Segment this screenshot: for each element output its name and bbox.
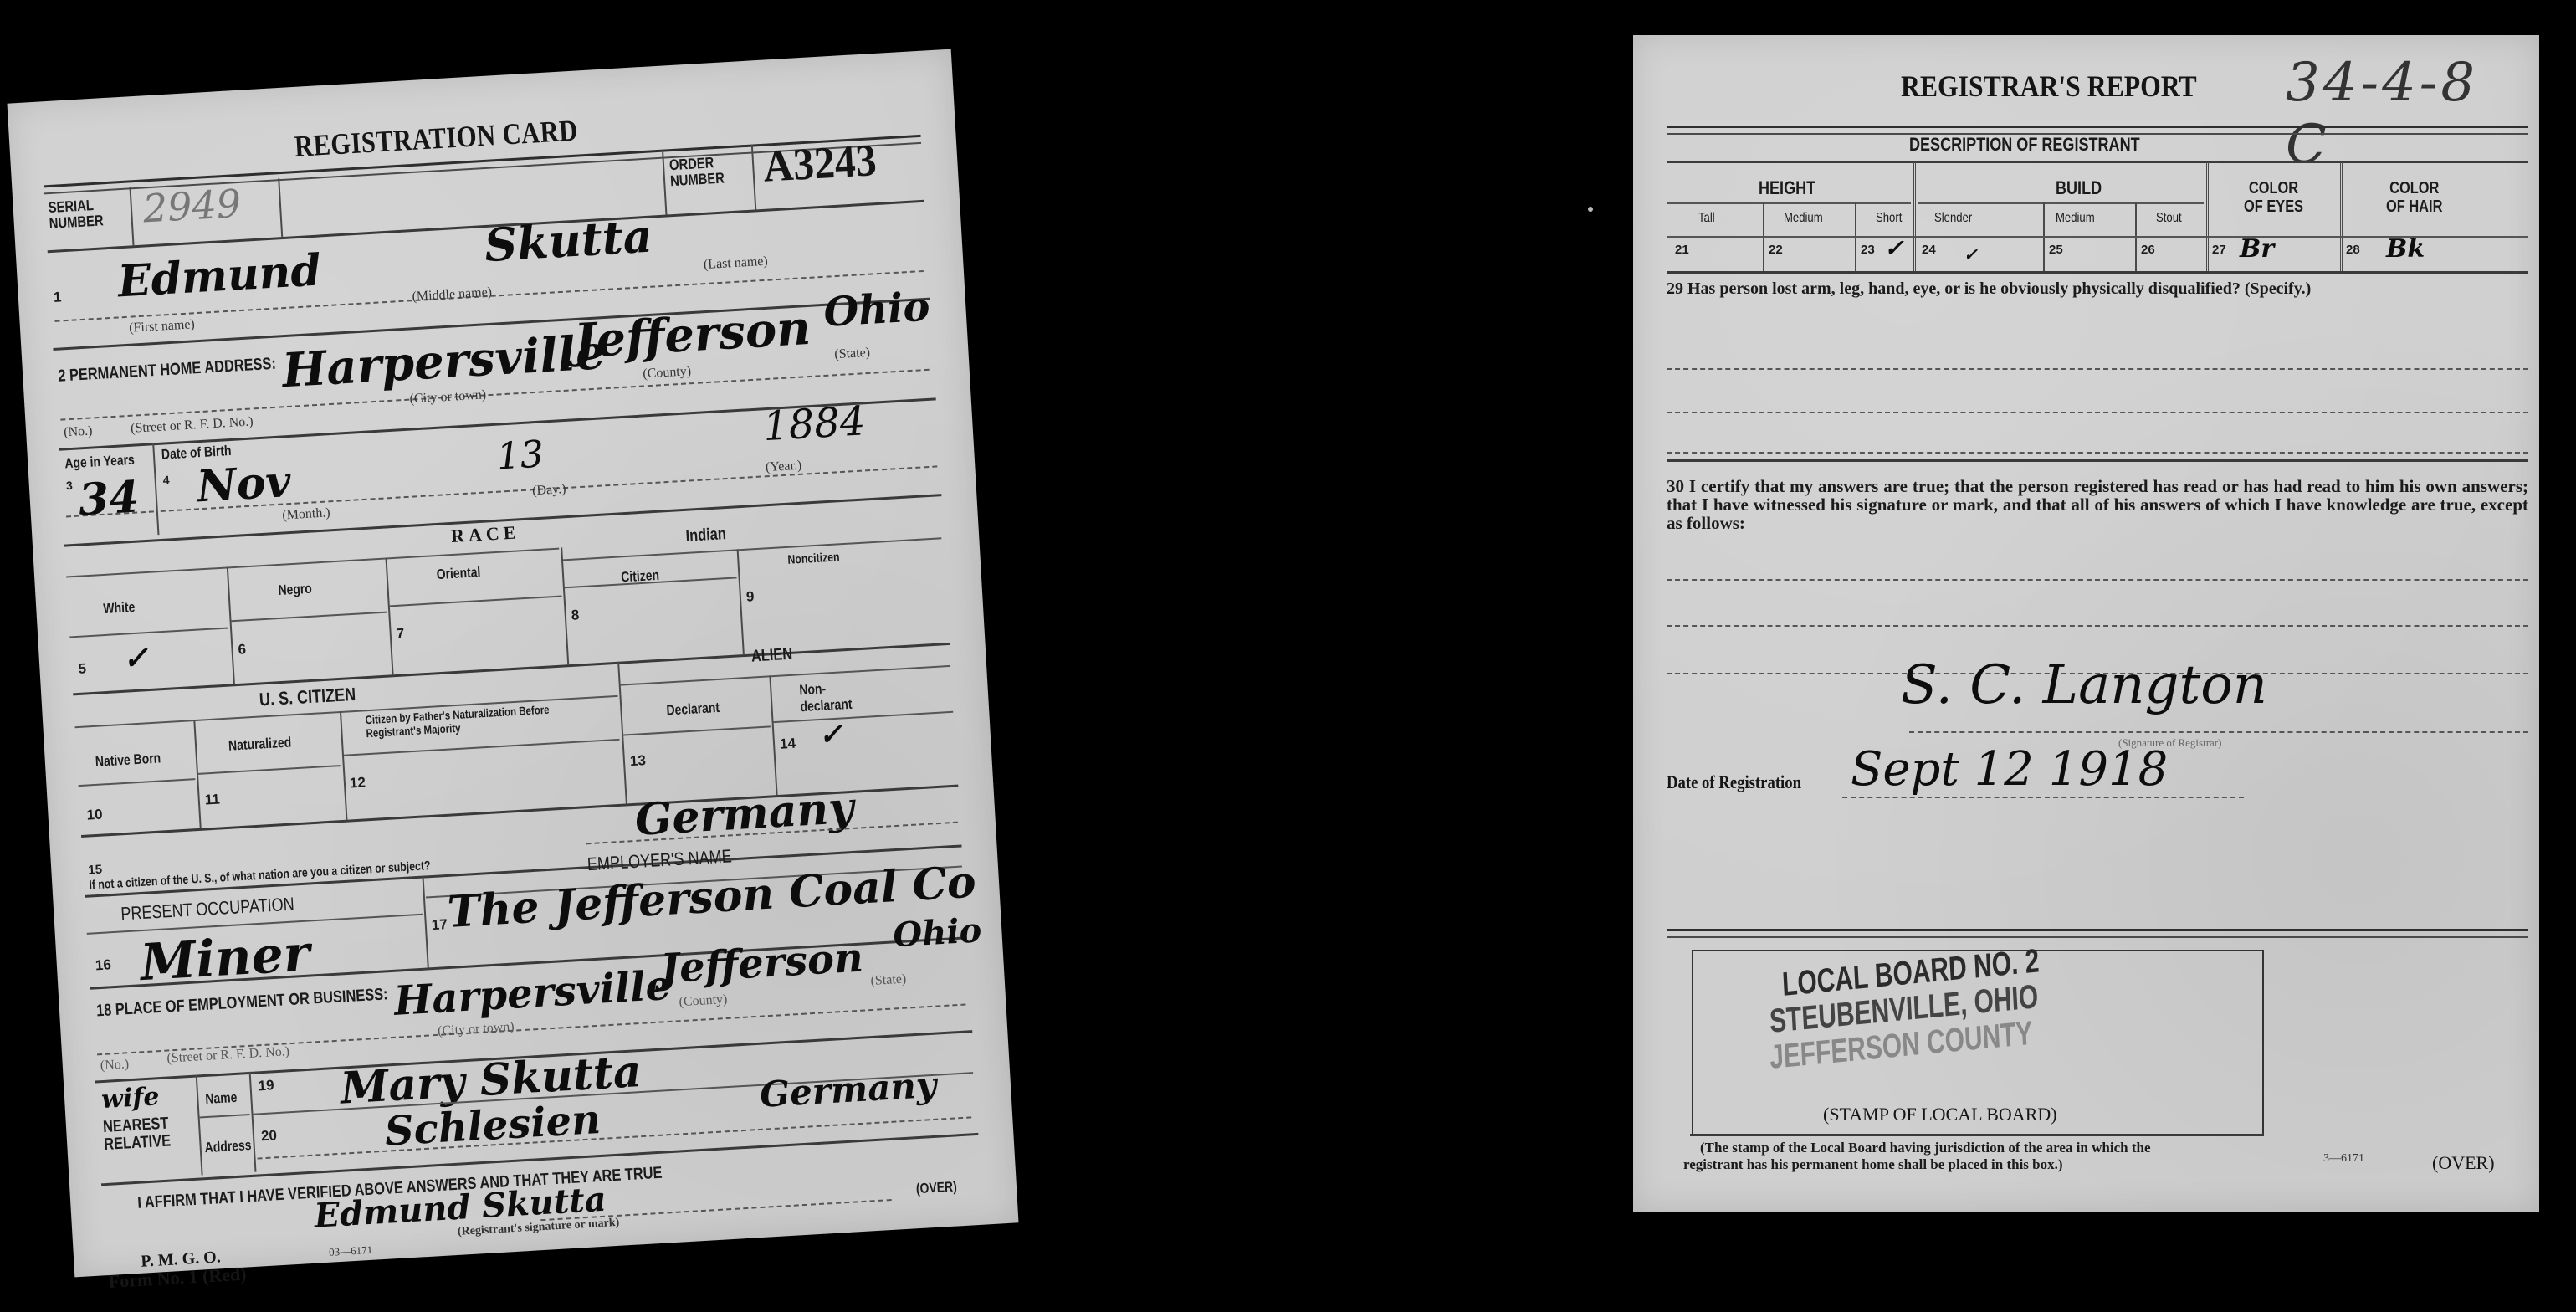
q29-text: 29 Has person lost arm, leg, hand, eye, …: [1667, 279, 2532, 298]
relation-value: wife: [100, 1082, 160, 1115]
nation-value: Germany: [633, 782, 855, 846]
age-value: 34: [77, 471, 141, 525]
height-short-check: ✓: [1884, 234, 1903, 262]
scan-speck: [1588, 207, 1593, 212]
stamp-caption: (STAMP OF LOCAL BOARD): [1823, 1104, 2057, 1125]
order-number-label: ORDERNUMBER: [669, 155, 725, 190]
serial-number-value: 2949: [141, 181, 242, 232]
local-board-stamp-box: LOCAL BOARD NO. 2 STEUBENVILLE, OHIO JEF…: [1692, 950, 2264, 1135]
registration-card-front: REGISTRATION CARD SERIALNUMBER 2949 ORDE…: [7, 49, 1018, 1278]
registrar-signature: S. C. Langton: [1901, 654, 2267, 716]
race-white-check: ✓: [122, 640, 150, 677]
hair-color-value: Bk: [2386, 234, 2425, 264]
date-of-registration-value: Sept 12 1918: [1851, 742, 2168, 797]
form-number: Form No. 1 (Red): [108, 1263, 247, 1293]
serial-number-label: SERIALNUMBER: [48, 197, 104, 232]
handwritten-code: 34-4-8 C: [2286, 52, 2539, 176]
registrars-report-back: REGISTRAR'S REPORT 34-4-8 C DESCRIPTION …: [1633, 35, 2539, 1212]
dob-day-value: 13: [495, 433, 545, 479]
q30-text: 30 I certify that my answers are true; t…: [1667, 477, 2528, 532]
employment-city-value: Harpersville: [392, 962, 672, 1025]
first-name-value: Edmund: [116, 244, 322, 307]
dob-year-value: 1884: [762, 397, 867, 450]
report-title: REGISTRAR'S REPORT: [1901, 69, 2197, 104]
race-header: RACE: [450, 521, 520, 547]
eye-color-value: Br: [2240, 234, 2274, 264]
last-name-value: Skutta: [483, 209, 653, 272]
employment-county-value: Jefferson: [659, 935, 865, 993]
employment-state-value: Ohio: [892, 910, 982, 955]
order-number-value: A3243: [762, 134, 878, 192]
home-county-value: Jefferson: [572, 300, 812, 369]
stamp-note: (The stamp of the Local Board having jur…: [1683, 1140, 2202, 1173]
build-slender-check: ✓: [1964, 244, 1978, 264]
description-header: DESCRIPTION OF REGISTRANT: [1909, 134, 2140, 156]
date-of-registration-label: Date of Registration: [1667, 771, 1801, 793]
relative-state-value: Germany: [759, 1064, 938, 1115]
home-state-value: Ohio: [822, 284, 931, 336]
home-address-label: 2 PERMANENT HOME ADDRESS:: [58, 355, 277, 387]
non-declarant-check: ✓: [817, 717, 843, 752]
home-city-value: Harpersville: [281, 325, 607, 398]
